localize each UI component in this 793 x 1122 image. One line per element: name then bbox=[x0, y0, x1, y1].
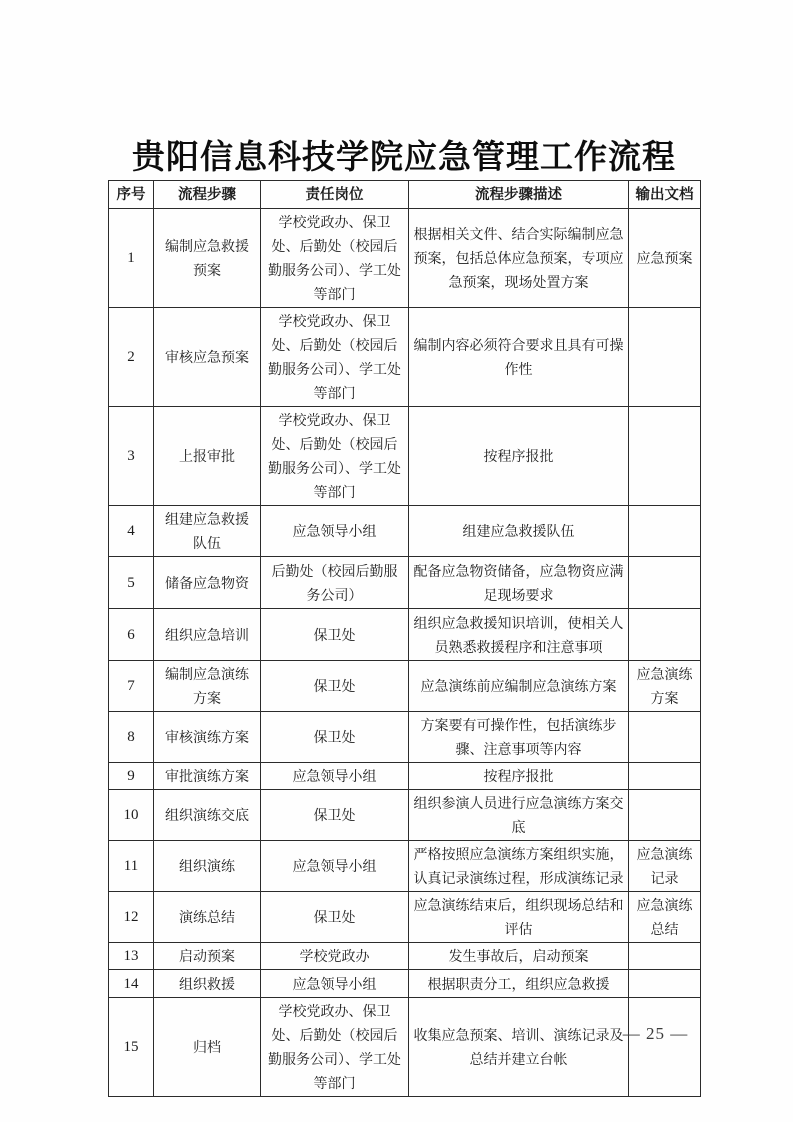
document-page: 贵阳信息科技学院应急管理工作流程 序号 流程步骤 责任岗位 流程步骤描述 输出文… bbox=[0, 0, 793, 1122]
cell-description: 方案要有可操作性，包括演练步骤、注意事项等内容 bbox=[409, 712, 629, 763]
cell-step: 归档 bbox=[154, 998, 261, 1097]
cell-description: 编制内容必须符合要求且具有可操作性 bbox=[409, 308, 629, 407]
col-header-no: 序号 bbox=[109, 181, 154, 209]
cell-no: 3 bbox=[109, 407, 154, 506]
cell-description: 根据相关文件、结合实际编制应急预案，包括总体应急预案，专项应急预案，现场处置方案 bbox=[409, 209, 629, 308]
page-number: — 25 — bbox=[603, 1024, 708, 1044]
cell-position: 应急领导小组 bbox=[261, 841, 409, 892]
table-row: 13 启动预案 学校党政办 发生事故后，启动预案 bbox=[109, 943, 701, 970]
cell-output: 应急演练方案 bbox=[629, 661, 701, 712]
cell-position: 后勤处（校园后勤服务公司） bbox=[261, 557, 409, 609]
cell-position: 保卫处 bbox=[261, 712, 409, 763]
cell-description: 按程序报批 bbox=[409, 407, 629, 506]
table-row: 14 组织救援 应急领导小组 根据职责分工，组织应急救援 bbox=[109, 970, 701, 998]
cell-no: 4 bbox=[109, 506, 154, 557]
cell-description: 按程序报批 bbox=[409, 763, 629, 790]
table-row: 11 组织演练 应急领导小组 严格按照应急演练方案组织实施，认真记录演练过程，形… bbox=[109, 841, 701, 892]
col-header-position: 责任岗位 bbox=[261, 181, 409, 209]
cell-description: 组建应急救援队伍 bbox=[409, 506, 629, 557]
cell-output bbox=[629, 407, 701, 506]
cell-description: 严格按照应急演练方案组织实施，认真记录演练过程，形成演练记录 bbox=[409, 841, 629, 892]
cell-output bbox=[629, 712, 701, 763]
cell-no: 7 bbox=[109, 661, 154, 712]
cell-step: 审批演练方案 bbox=[154, 763, 261, 790]
table-row: 10 组织演练交底 保卫处 组织参演人员进行应急演练方案交底 bbox=[109, 790, 701, 841]
cell-step: 组织演练交底 bbox=[154, 790, 261, 841]
cell-no: 8 bbox=[109, 712, 154, 763]
col-header-description: 流程步骤描述 bbox=[409, 181, 629, 209]
cell-description: 组织应急救援知识培训，使相关人员熟悉救援程序和注意事项 bbox=[409, 609, 629, 661]
cell-step: 组织应急培训 bbox=[154, 609, 261, 661]
cell-position: 学校党政办、保卫处、后勤处（校园后勤服务公司）、学工处等部门 bbox=[261, 209, 409, 308]
cell-description: 根据职责分工，组织应急救援 bbox=[409, 970, 629, 998]
cell-description: 应急演练前应编制应急演练方案 bbox=[409, 661, 629, 712]
cell-no: 2 bbox=[109, 308, 154, 407]
cell-position: 应急领导小组 bbox=[261, 763, 409, 790]
cell-position: 学校党政办、保卫处、后勤处（校园后勤服务公司）、学工处等部门 bbox=[261, 308, 409, 407]
page-title: 贵阳信息科技学院应急管理工作流程 bbox=[100, 131, 708, 178]
cell-output bbox=[629, 308, 701, 407]
cell-no: 15 bbox=[109, 998, 154, 1097]
col-header-output: 输出文档 bbox=[629, 181, 701, 209]
table-row: 4 组建应急救援队伍 应急领导小组 组建应急救援队伍 bbox=[109, 506, 701, 557]
cell-output bbox=[629, 790, 701, 841]
cell-step: 启动预案 bbox=[154, 943, 261, 970]
table-row: 6 组织应急培训 保卫处 组织应急救援知识培训，使相关人员熟悉救援程序和注意事项 bbox=[109, 609, 701, 661]
table-row: 2 审核应急预案 学校党政办、保卫处、后勤处（校园后勤服务公司）、学工处等部门 … bbox=[109, 308, 701, 407]
cell-output bbox=[629, 557, 701, 609]
cell-output: 应急预案 bbox=[629, 209, 701, 308]
cell-no: 13 bbox=[109, 943, 154, 970]
table-row: 3 上报审批 学校党政办、保卫处、后勤处（校园后勤服务公司）、学工处等部门 按程… bbox=[109, 407, 701, 506]
cell-description: 配备应急物资储备，应急物资应满足现场要求 bbox=[409, 557, 629, 609]
emergency-flow-table: 序号 流程步骤 责任岗位 流程步骤描述 输出文档 1 编制应急救援预案 学校党政… bbox=[108, 180, 701, 1097]
cell-step: 演练总结 bbox=[154, 892, 261, 943]
table-row: 15 归档 学校党政办、保卫处、后勤处（校园后勤服务公司）、学工处等部门 收集应… bbox=[109, 998, 701, 1097]
cell-output bbox=[629, 763, 701, 790]
cell-position: 保卫处 bbox=[261, 790, 409, 841]
cell-step: 储备应急物资 bbox=[154, 557, 261, 609]
cell-output: 应急演练总结 bbox=[629, 892, 701, 943]
cell-step: 组织救援 bbox=[154, 970, 261, 998]
cell-no: 12 bbox=[109, 892, 154, 943]
cell-no: 11 bbox=[109, 841, 154, 892]
cell-position: 保卫处 bbox=[261, 609, 409, 661]
cell-description: 收集应急预案、培训、演练记录及总结并建立台帐 bbox=[409, 998, 629, 1097]
cell-description: 应急演练结束后，组织现场总结和评估 bbox=[409, 892, 629, 943]
cell-output bbox=[629, 970, 701, 998]
cell-step: 上报审批 bbox=[154, 407, 261, 506]
cell-position: 保卫处 bbox=[261, 892, 409, 943]
cell-output bbox=[629, 609, 701, 661]
cell-output bbox=[629, 943, 701, 970]
cell-output bbox=[629, 506, 701, 557]
cell-step: 组织演练 bbox=[154, 841, 261, 892]
cell-step: 组建应急救援队伍 bbox=[154, 506, 261, 557]
table-row: 12 演练总结 保卫处 应急演练结束后，组织现场总结和评估 应急演练总结 bbox=[109, 892, 701, 943]
cell-no: 1 bbox=[109, 209, 154, 308]
cell-step: 审核应急预案 bbox=[154, 308, 261, 407]
cell-step: 编制应急救援预案 bbox=[154, 209, 261, 308]
table-row: 7 编制应急演练方案 保卫处 应急演练前应编制应急演练方案 应急演练方案 bbox=[109, 661, 701, 712]
col-header-step: 流程步骤 bbox=[154, 181, 261, 209]
cell-position: 学校党政办 bbox=[261, 943, 409, 970]
cell-description: 组织参演人员进行应急演练方案交底 bbox=[409, 790, 629, 841]
table-row: 9 审批演练方案 应急领导小组 按程序报批 bbox=[109, 763, 701, 790]
cell-position: 学校党政办、保卫处、后勤处（校园后勤服务公司）、学工处等部门 bbox=[261, 998, 409, 1097]
table-row: 1 编制应急救援预案 学校党政办、保卫处、后勤处（校园后勤服务公司）、学工处等部… bbox=[109, 209, 701, 308]
cell-description: 发生事故后，启动预案 bbox=[409, 943, 629, 970]
cell-position: 应急领导小组 bbox=[261, 970, 409, 998]
table-row: 5 储备应急物资 后勤处（校园后勤服务公司） 配备应急物资储备，应急物资应满足现… bbox=[109, 557, 701, 609]
cell-position: 应急领导小组 bbox=[261, 506, 409, 557]
cell-position: 保卫处 bbox=[261, 661, 409, 712]
header-row: 序号 流程步骤 责任岗位 流程步骤描述 输出文档 bbox=[109, 181, 701, 209]
cell-output bbox=[629, 998, 701, 1097]
cell-position: 学校党政办、保卫处、后勤处（校园后勤服务公司）、学工处等部门 bbox=[261, 407, 409, 506]
cell-step: 编制应急演练方案 bbox=[154, 661, 261, 712]
cell-no: 5 bbox=[109, 557, 154, 609]
cell-no: 6 bbox=[109, 609, 154, 661]
cell-no: 10 bbox=[109, 790, 154, 841]
cell-step: 审核演练方案 bbox=[154, 712, 261, 763]
table-row: 8 审核演练方案 保卫处 方案要有可操作性，包括演练步骤、注意事项等内容 bbox=[109, 712, 701, 763]
cell-no: 14 bbox=[109, 970, 154, 998]
cell-no: 9 bbox=[109, 763, 154, 790]
cell-output: 应急演练记录 bbox=[629, 841, 701, 892]
